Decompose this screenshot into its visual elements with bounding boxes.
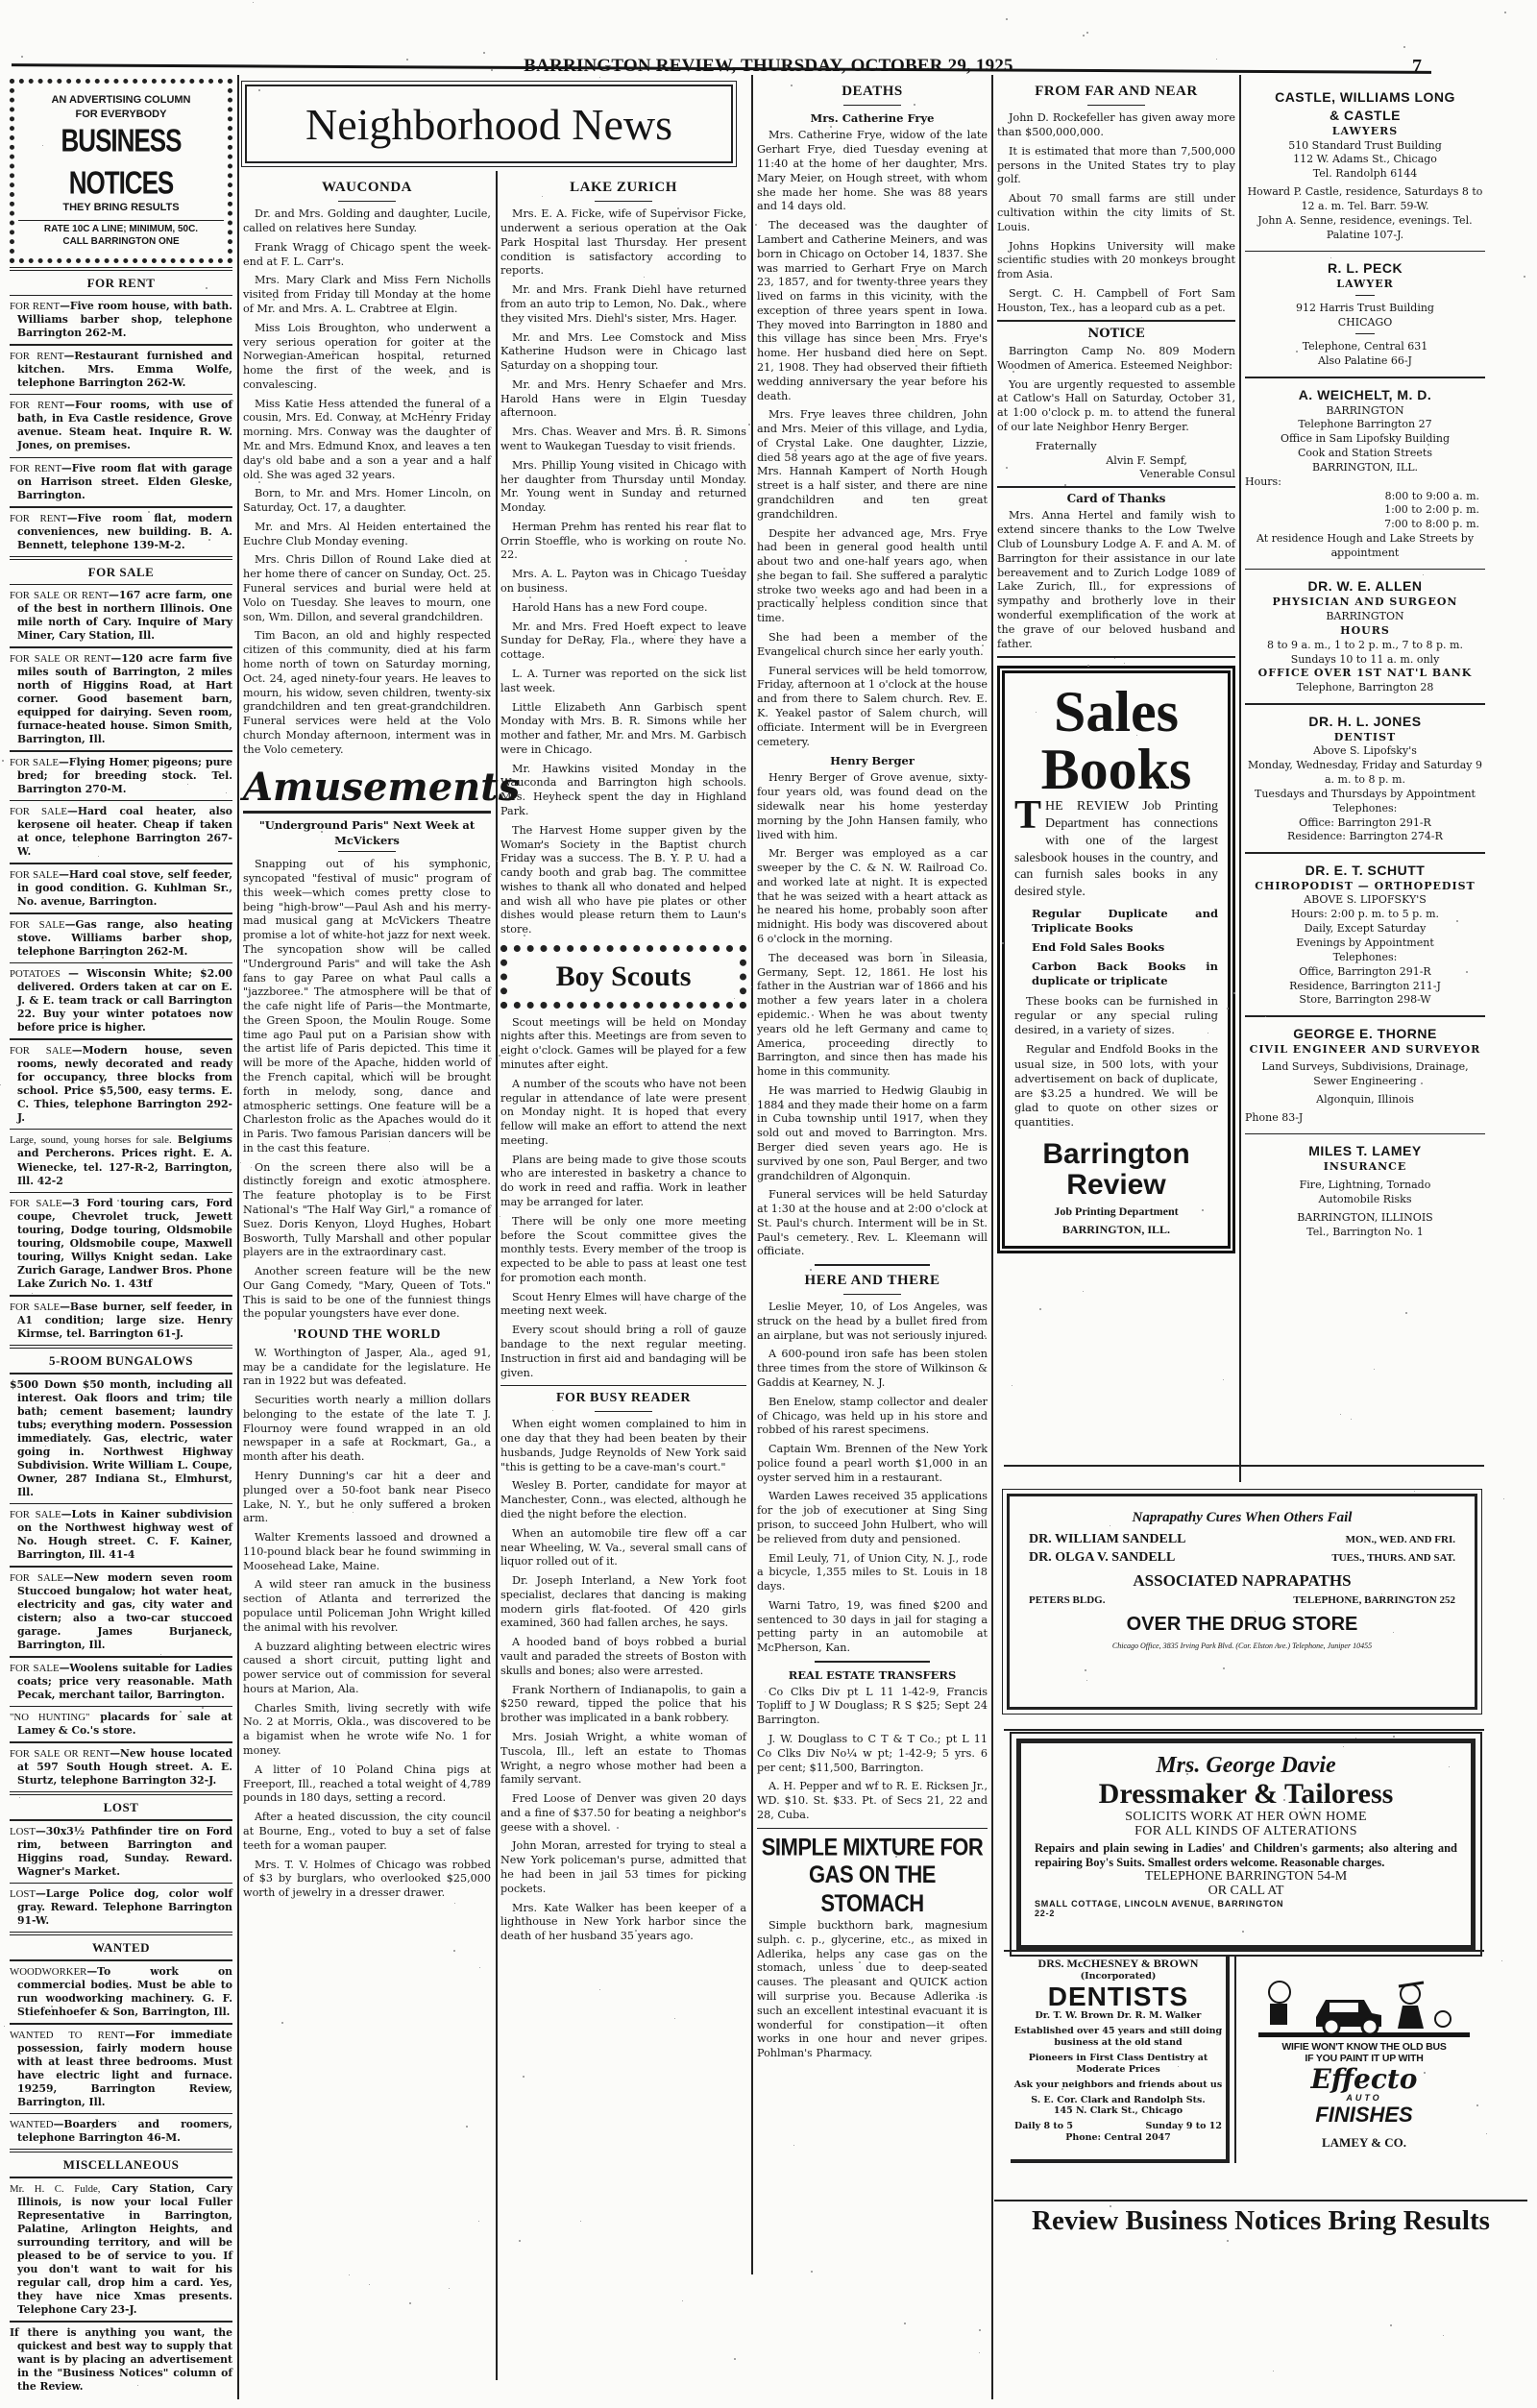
sales-books-ad: Sales Books THE REVIEW Job Printing Depa… [997,666,1235,1253]
card-castle: CASTLE, WILLIAMS LONG & CASTLE LAWYERS 5… [1245,85,1485,247]
rule [1245,1133,1485,1135]
print-speck [428,1598,430,1600]
print-speck [117,1200,119,1202]
news-item: John Moran, arrested for trying to steal… [500,1839,746,1896]
news-item: Little Elizabeth Ann Garbisch spent Mond… [500,701,746,758]
print-speck [621,1583,622,1584]
classified-ad: FOR SALE OR RENT—120 acre farm five mile… [10,652,232,746]
rule [10,2113,232,2115]
dentists-line: Ask your neighbors and friends about us [1011,2080,1226,2091]
print-speck [723,568,725,570]
print-speck [1083,1291,1084,1292]
business-notices-title: BUSINESS NOTICES [18,119,224,205]
wauconda-heading: WAUCONDA [243,179,491,198]
print-speck [469,1041,470,1042]
gas-heading-line: GAS ON THE STOMACH [757,1861,988,1917]
naprapathy-tagline: Naprapathy Cures When Others Fail [1029,1510,1455,1526]
print-speck [519,2240,521,2242]
berger-subheading: Henry Berger [757,754,988,768]
print-speck [1414,1491,1415,1492]
print-speck [1033,380,1034,381]
dressmaker-call: OR CALL AT [1035,1884,1457,1898]
print-speck [406,59,408,61]
hours-sunday: Sunday 9 to 12 [1146,2121,1222,2132]
news-item: A buzzard alighting between electric wir… [243,1641,491,1697]
print-speck [115,2342,116,2343]
classified-ad: POTATOES — Wisconsin White; $2.00 delive… [10,967,232,1034]
print-speck [98,856,99,857]
dressmaker-name: Mrs. George Davie [1035,1753,1457,1779]
print-speck [1227,1008,1229,1009]
column-divider [1239,75,1241,1482]
print-speck [1423,574,1424,575]
print-speck [192,1909,193,1910]
frye-obituary: Mrs. Catherine Frye, widow of the late G… [757,129,988,749]
print-speck [409,2302,411,2304]
print-speck [80,672,81,673]
dressmaker-title: Dressmaker & Tailoress [1035,1779,1457,1810]
ad-text: $500 Down $50 month, including all inter… [10,1378,232,1498]
print-speck [181,431,182,432]
print-speck [824,671,825,672]
news-item: Johns Hopkins University will make scien… [997,240,1235,282]
print-speck [1202,1209,1204,1211]
print-speck [1265,1016,1266,1017]
print-speck [479,1967,480,1968]
obituary-paragraph: Henry Berger of Grove avenue, sixty-four… [757,771,988,842]
print-speck [674,635,675,636]
print-speck [1177,201,1179,203]
print-speck [822,1629,823,1630]
ad-lead: FOR RENT [10,351,63,362]
card-line: Telephones: [1245,951,1485,965]
print-speck [812,1014,814,1016]
print-speck [1039,1308,1041,1310]
classified-ad: "NO HUNTING" placards for sale at Lamey … [10,1711,232,1738]
news-item: Herman Prehm has rented his rear flat to… [500,521,746,563]
rule [10,962,232,964]
rule [10,1819,232,1821]
print-speck [229,1147,230,1148]
ad-text: —30x3½ Pathfinder tire on Ford rim, betw… [17,1825,232,1878]
card-line: Residence: Barrington 274-R [1245,830,1485,844]
classified-ad: FOR SALE—3 Ford touring cars, Ford coupe… [10,1197,232,1291]
card-name: DR. W. E. ALLEN [1245,577,1485,596]
sales-books-intro: THE REVIEW Job Printing Department has c… [1014,798,1218,901]
print-speck [645,541,646,542]
card-line: Office: Barrington 291-R [1245,816,1485,831]
rule [10,1566,232,1568]
classified-ad: LOST—Large Police dog, color wolf gray. … [10,1887,232,1928]
frye-subheading: Mrs. Catherine Frye [757,111,988,126]
double-rule [10,1932,232,1935]
rule [1245,569,1485,571]
print-speck [1036,712,1037,713]
berger-obituary: Henry Berger of Grove avenue, sixty-four… [757,771,988,1259]
print-speck [945,1038,946,1039]
rule [10,344,232,346]
rule [10,912,232,914]
card-line: Howard P. Castle, residence, Saturdays 8… [1245,185,1485,214]
rule [1004,1950,1484,1952]
news-item: Mrs. A. L. Payton was in Chicago Tuesday… [500,568,746,596]
print-speck [677,911,678,912]
print-speck [569,718,571,720]
rule [10,457,232,459]
print-speck [1393,1632,1394,1633]
short-rule [1355,333,1375,335]
rule [1245,377,1485,378]
classified-ad: FOR RENT—Four rooms, with use of bath, i… [10,399,232,452]
print-speck [542,196,543,197]
print-speck [1443,2335,1444,2336]
print-speck [1273,2371,1274,2372]
print-speck [394,1196,395,1197]
rule [10,1656,232,1658]
print-speck [540,842,542,844]
card-line: Office in Sam Lipofsky Building [1245,432,1485,447]
card-line: Land Surveys, Subdivisions, Drainage, Se… [1245,1060,1485,1089]
ad-lead: FOR SALE [10,757,59,768]
classified-ad: FOR RENT—Five room house, with bath. Wil… [10,300,232,340]
obituary-paragraph: The deceased was born in Sileasia, Germa… [757,952,988,1080]
double-rule [10,556,232,560]
news-item: Dr. and Mrs. Golding and daughter, Lucil… [243,207,491,236]
transfer-item: A. H. Pepper and wf to R. E. Ricksen Jr.… [757,1780,988,1822]
news-item: Mrs. Kate Walker has been keeper of a li… [500,1902,746,1944]
obituary-paragraph: He was married to Hedwig Glaubig in 1884… [757,1084,988,1183]
card-weichelt: A. WEICHELT, M. D. BARRINGTON Telephone … [1245,382,1485,565]
classified-heading: FOR RENT [10,275,232,291]
obituary-paragraph: She had been a member of the Evangelical… [757,631,988,660]
notice-signer-title: Venerable Consul [997,468,1235,482]
ad-lead: FOR SALE [10,1509,61,1520]
news-item: Frank Northern of Indianapolis, to gain … [500,1684,746,1726]
scouts-paragraph: There will be only one more meeting befo… [500,1215,746,1286]
column-divider [496,171,498,2380]
print-speck [979,2352,980,2353]
print-speck [205,2062,207,2064]
ad-lead: FOR RENT [10,301,60,312]
hours-line: 8:00 to 9:00 a. m. [1245,490,1485,504]
print-speck [281,709,281,710]
print-speck [321,831,323,833]
ad-text: —3 Ford touring cars, Ford coupe, Chevro… [17,1197,232,1290]
classified-heading: MISCELLANEOUS [10,2156,232,2173]
print-speck [301,798,302,799]
print-speck [1390,2324,1392,2326]
news-item: Born, to Mr. and Mrs. Homer Lincoln, on … [243,487,491,516]
print-speck [816,596,817,598]
classified-ad: FOR SALE—Lots in Kainer subdivision on t… [10,1508,232,1562]
dentists-line: 145 N. Clark St., Chicago [1011,2105,1226,2117]
print-speck [1087,665,1089,667]
print-speck [1343,1746,1344,1747]
card-line: At residence Hough and Lake Streets by a… [1245,532,1485,561]
print-speck [1456,920,1458,922]
news-item: John D. Rockefeller has given away more … [997,111,1235,140]
rule [10,1295,232,1297]
deaths-column: DEATHS Mrs. Catherine Frye Mrs. Catherin… [757,79,988,2066]
ad-lead: WANTED TO RENT [10,2030,125,2041]
dentists-title: DENTISTS [1011,1982,1226,2010]
print-speck [1351,1419,1352,1420]
sales-list-item: Carbon Back Books in duplicate or tripli… [1032,960,1218,988]
print-speck [936,803,938,805]
print-speck [51,2006,53,2007]
print-speck [1466,971,1468,973]
column-divider [237,75,239,2399]
news-item: Mr. Hawkins visited Monday in the Waucon… [500,763,746,819]
card-line: Telephone, Barrington 28 [1245,681,1485,695]
card-lamey: MILES T. LAMEY INSURANCE Fire, Lightning… [1245,1138,1485,1243]
classified-ad: Mr. H. C. Fulde, Cary Station, Cary Illi… [10,2182,232,2317]
dentists-line: S. E. Cor. Clark and Randolph Sts. [1011,2095,1226,2106]
print-speck [1126,385,1127,386]
card-line: Residence, Barrington 211-J [1245,980,1485,994]
card-line: 112 W. Adams St., Chicago [1245,153,1485,167]
print-speck [952,239,953,240]
amusements-paragraph: On the screen there also will be a disti… [243,1161,491,1260]
print-speck [159,1091,160,1093]
card-role: LAWYER [1245,278,1485,292]
notice-closing: Fraternally [997,440,1235,454]
print-speck [4,2026,5,2027]
far-and-near-heading: FROM FAR AND NEAR [997,83,1235,102]
amusements-title: Amusements [243,766,491,814]
print-speck [1136,735,1137,736]
dentists-hours: Daily 8 to 5Sunday 9 to 12 [1011,2121,1226,2132]
print-speck [1046,1557,1047,1558]
print-speck [579,1300,580,1301]
card-line: Telephone Barrington 27 [1245,418,1485,432]
ad-lead: FOR SALE [10,806,67,817]
print-speck [416,1423,417,1423]
effecto-finishes: FINISHES [1249,2103,1479,2128]
card-line: 912 Harris Trust Building [1245,302,1485,316]
sales-para: These books can be furnished in regular … [1014,994,1218,1038]
rule [10,1503,232,1505]
classified-ad: FOR SALE OR RENT—New house located at 59… [10,1747,232,1788]
naprapathy-assoc: ASSOCIATED NAPRAPATHS [1029,1571,1455,1591]
print-speck [674,2018,675,2019]
card-name: GEORGE E. THORNE [1245,1025,1485,1043]
print-speck [355,1763,356,1764]
rule [997,486,1235,488]
gas-heading-line: SIMPLE MIXTURE FOR [757,1834,988,1861]
classified-ad: FOR SALE—Base burner, self feeder, in A1… [10,1301,232,1341]
print-speck [108,388,109,389]
lake-zurich-heading: LAKE ZURICH [500,179,746,198]
news-item: L. A. Turner was reported on the sick li… [500,668,746,696]
print-speck [617,1827,619,1829]
print-speck [386,1881,387,1882]
print-speck [1110,1525,1110,1526]
print-speck [1486,2133,1487,2134]
dentists-firm: DRS. McCHESNEY & BROWN [1011,1957,1226,1971]
print-speck [1223,1667,1225,1669]
double-rule [10,267,232,271]
print-speck [437,1881,438,1882]
hours-daily: Daily 8 to 5 [1014,2121,1073,2132]
card-thorne: GEORGE E. THORNE CIVIL ENGINEER AND SURV… [1245,1021,1485,1130]
news-item: About 70 small farms are still under cul… [997,192,1235,234]
effecto-brand: Effecto [1249,2066,1479,2093]
print-speck [904,2323,906,2324]
ad-lead: POTATOES [10,968,61,980]
ad-lead: LOST [10,1826,36,1837]
hours-list: 8:00 to 9:00 a. m.1:00 to 2:00 p. m.7:00… [1245,490,1485,533]
busy-reader-body: When eight women complained to him in on… [500,1418,746,1944]
dentists-doctors: Dr. T. W. Brown Dr. R. M. Walker [1011,2010,1226,2022]
box-line: AN ADVERTISING COLUMN [18,93,224,108]
print-speck [206,287,207,289]
news-item: Mrs. T. V. Holmes of Chicago was robbed … [243,1859,491,1901]
card-name: R. L. PECK [1245,259,1485,278]
wauconda-body: Dr. and Mrs. Golding and daughter, Lucil… [243,207,491,757]
print-speck [1002,942,1004,944]
card-line: Store, Barrington 298-W [1245,993,1485,1008]
print-speck [748,1104,749,1105]
car-cartoon-icon [1258,1979,1470,2038]
card-line: Tuesdays and Thursdays by Appointment [1245,788,1485,802]
rule [10,295,232,297]
print-speck [349,2274,350,2275]
news-item: Mr. and Mrs. Frank Diehl have returned f… [500,283,746,326]
card-line: OFFICE OVER 1ST NAT'L BANK [1245,667,1485,681]
card-schutt: DR. E. T. SCHUTT CHIROPODIST — ORTHOPEDI… [1245,858,1485,1011]
card-role: DENTIST [1245,731,1485,745]
dressmaker-address: SMALL COTTAGE, LINCOLN AVENUE, BARRINGTO… [1035,1899,1457,1909]
print-speck [1086,1680,1087,1681]
print-speck [748,424,750,426]
wauconda-column: WAUCONDA Dr. and Mrs. Golding and daught… [243,175,491,1906]
news-item: Mr. and Mrs. Henry Schaefer and Mrs. Har… [500,378,746,421]
print-speck [78,846,79,847]
doctor-days: MON., WED. AND FRI. [1346,1534,1455,1545]
classified-ad: FOR RENT—Five room flat with garage on H… [10,462,232,502]
print-speck [449,2288,450,2289]
print-speck [679,425,681,426]
dressmaker-line: SOLICITS WORK AT HER OWN HOME [1035,1810,1457,1824]
notice-heading: NOTICE [997,326,1235,342]
print-speck [1119,2049,1120,2050]
classified-heading: LOST [10,1799,232,1815]
print-speck [1427,444,1429,446]
effecto-line: WIFIE WON'T KNOW THE OLD BUS [1249,2042,1479,2054]
ad-lead: FOR SALE [10,1572,63,1584]
card-line: Daily, Except Saturday [1245,922,1485,936]
news-item: Fred Loose of Denver was given 20 days a… [500,1792,746,1835]
classified-ad: FOR SALE—Gas range, also heating stove. … [10,918,232,959]
print-speck [147,766,149,767]
print-speck [599,1989,600,1990]
rule [1004,1729,1484,1731]
print-speck [274,828,276,830]
print-speck [256,357,256,358]
ad-lead: WANTED [10,2119,54,2130]
print-speck [160,975,162,977]
card-line: Cook and Station Streets [1245,447,1485,461]
rule [10,2023,232,2025]
print-speck [1086,32,1088,34]
rule [10,1038,232,1040]
column-divider [1234,1957,1236,2163]
rule [10,1129,232,1131]
doctor-days: TUES., THURS. AND SAT. [1331,1552,1455,1564]
amusements-paragraph: Snapping out of his symphonic, syncopate… [243,858,491,1155]
print-speck [21,56,23,58]
print-speck [0,1084,1,1085]
hours-label: Hours: [1245,475,1485,490]
rule [10,646,232,648]
sales-intro-text: HE REVIEW Job Printing Department has co… [1014,799,1218,900]
ad-lead: Mr. H. C. Fulde, [10,2183,101,2195]
print-speck [1223,1379,1224,1380]
news-item: Miss Katie Hess attended the funeral of … [243,398,491,483]
print-speck [449,376,451,377]
ad-lead: FOR SALE [10,919,65,931]
classified-heading: 5-ROOM BUNGALOWS [10,1352,232,1369]
far-and-near-column: FROM FAR AND NEAR John D. Rockefeller ha… [997,79,1235,1261]
dressmaker-ad: Mrs. George Davie Dressmaker & Tailoress… [1016,1739,1476,1950]
print-speck [1124,663,1125,664]
here-and-there-body: Leslie Meyer, 10, of Los Angeles, was st… [757,1301,988,1656]
print-speck [906,789,907,790]
obituary-paragraph: Mr. Berger was employed as a car sweeper… [757,847,988,946]
print-speck [1061,2088,1063,2090]
gas-ad-body: Simple buckthorn bark, magnesium sulph. … [757,1919,988,2061]
card-line: Hours: 2:00 p. m. to 5 p. m. [1245,908,1485,922]
print-speck [466,2126,468,2128]
print-speck [105,449,106,450]
news-item: Harold Hans has a new Ford coupe. [500,601,746,616]
print-speck [1405,1312,1407,1314]
building: PETERS BLDG. [1029,1594,1105,1606]
rule [10,1741,232,1743]
classified-ad: WANTED TO RENT—For immediate possession,… [10,2029,232,2109]
rule [1245,1015,1485,1017]
print-speck [1296,351,1298,353]
news-item: Mrs. Chas. Weaver and Mrs. B. R. Simons … [500,426,746,454]
obituary-paragraph: The deceased was the daughter of Lambert… [757,219,988,403]
card-line: Tel. Randolph 6144 [1245,167,1485,182]
print-speck [1503,1498,1504,1499]
rule [10,2177,232,2178]
card-line: 510 Standard Trust Building [1245,139,1485,154]
print-speck [1424,2072,1426,2074]
card-line: Algonquin, Illinois [1245,1093,1485,1107]
business-notices-box: AN ADVERTISING COLUMN FOR EVERYBODY BUSI… [10,79,232,263]
card-line: Evenings by Appointment [1245,936,1485,951]
lake-zurich-column: LAKE ZURICH Mrs. E. A. Ficke, wife of Su… [500,175,746,1949]
print-speck [1114,658,1115,659]
card-name: MILES T. LAMEY [1245,1142,1485,1160]
print-speck [793,2145,794,2146]
print-speck [251,1167,252,1168]
print-speck [567,1124,568,1125]
print-speck [273,299,275,301]
news-item: Tim Bacon, an old and highly respected c… [243,629,491,757]
print-speck [431,410,433,412]
double-rule [10,1345,232,1349]
print-speck [282,1583,283,1584]
newspaper-page: BARRINGTON REVIEW, THURSDAY, OCTOBER 29,… [0,0,1537,2408]
print-speck [1340,1414,1341,1415]
card-line: Phone 83-J [1245,1111,1485,1126]
news-item: Frank Wragg of Chicago spent the week-en… [243,241,491,270]
print-speck [539,705,541,707]
